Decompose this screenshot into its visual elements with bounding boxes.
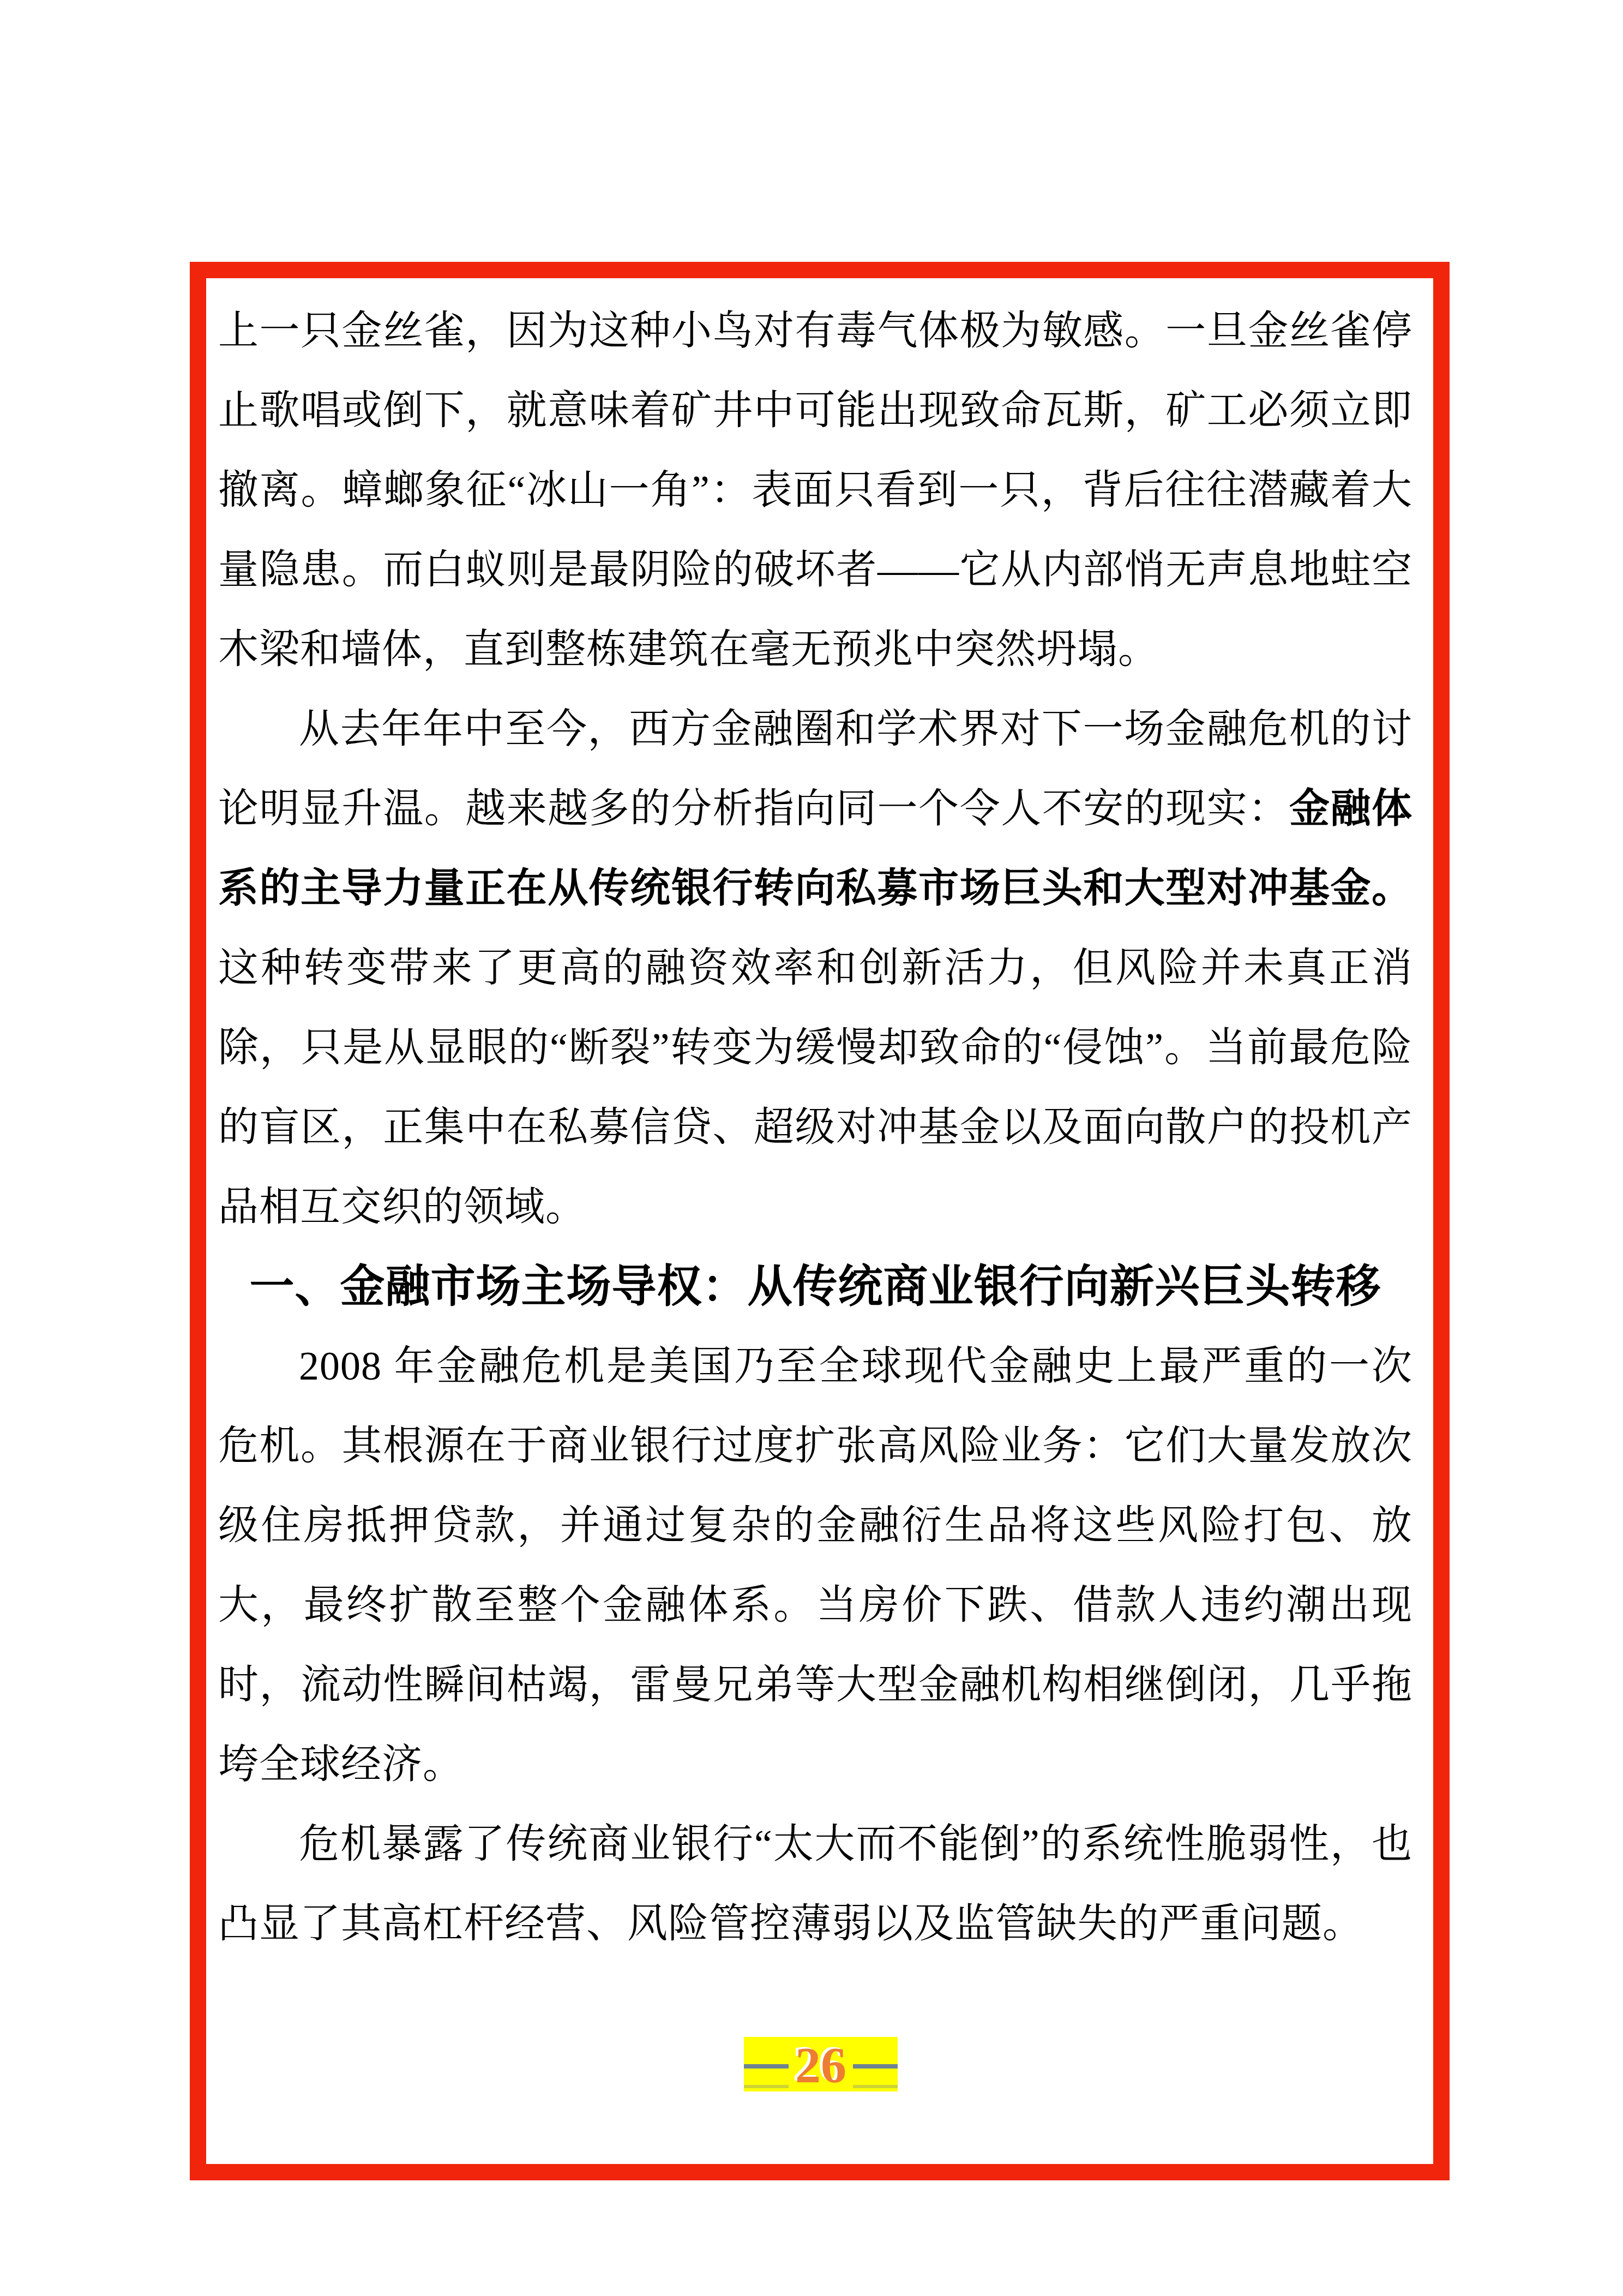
paragraph-canary: 上一只金丝雀，因为这种小鸟对有毒气体极为敏感。一旦金丝雀停止歌唱或倒下，就意味着… xyxy=(218,291,1412,690)
paragraph-shift: 从去年年中至今，西方金融圈和学术界对下一场金融危机的讨论明显升温。越来越多的分析… xyxy=(218,690,1412,1247)
document-page: 上一只金丝雀，因为这种小鸟对有毒气体极为敏感。一旦金丝雀停止歌唱或倒下，就意味着… xyxy=(0,0,1623,2296)
paragraph-text: 这种转变带来了更高的融资效率和创新活力，但风险并未真正消除，只是从显眼的“断裂”… xyxy=(218,946,1412,1230)
section-heading: 一、金融市场主场导权：从传统商业银行向新兴巨头转移 xyxy=(218,1247,1412,1327)
document-body: 上一只金丝雀，因为这种小鸟对有毒气体极为敏感。一旦金丝雀停止歌唱或倒下，就意味着… xyxy=(218,291,1412,1964)
page-number: 26 xyxy=(744,2037,898,2091)
paragraph-2008-crisis: 2008 年金融危机是美国乃至全球现代金融史上最严重的一次危机。其根源在于商业银… xyxy=(218,1327,1412,1805)
paragraph-too-big-to-fail: 危机暴露了传统商业银行“太大而不能倒”的系统性脆弱性，也凸显了其高杠杆经营、风险… xyxy=(218,1805,1412,1964)
paragraph-text: 从去年年中至今，西方金融圈和学术界对下一场金融危机的讨论明显升温。越来越多的分析… xyxy=(218,707,1412,831)
page-number-badge: 26 xyxy=(744,2037,898,2091)
